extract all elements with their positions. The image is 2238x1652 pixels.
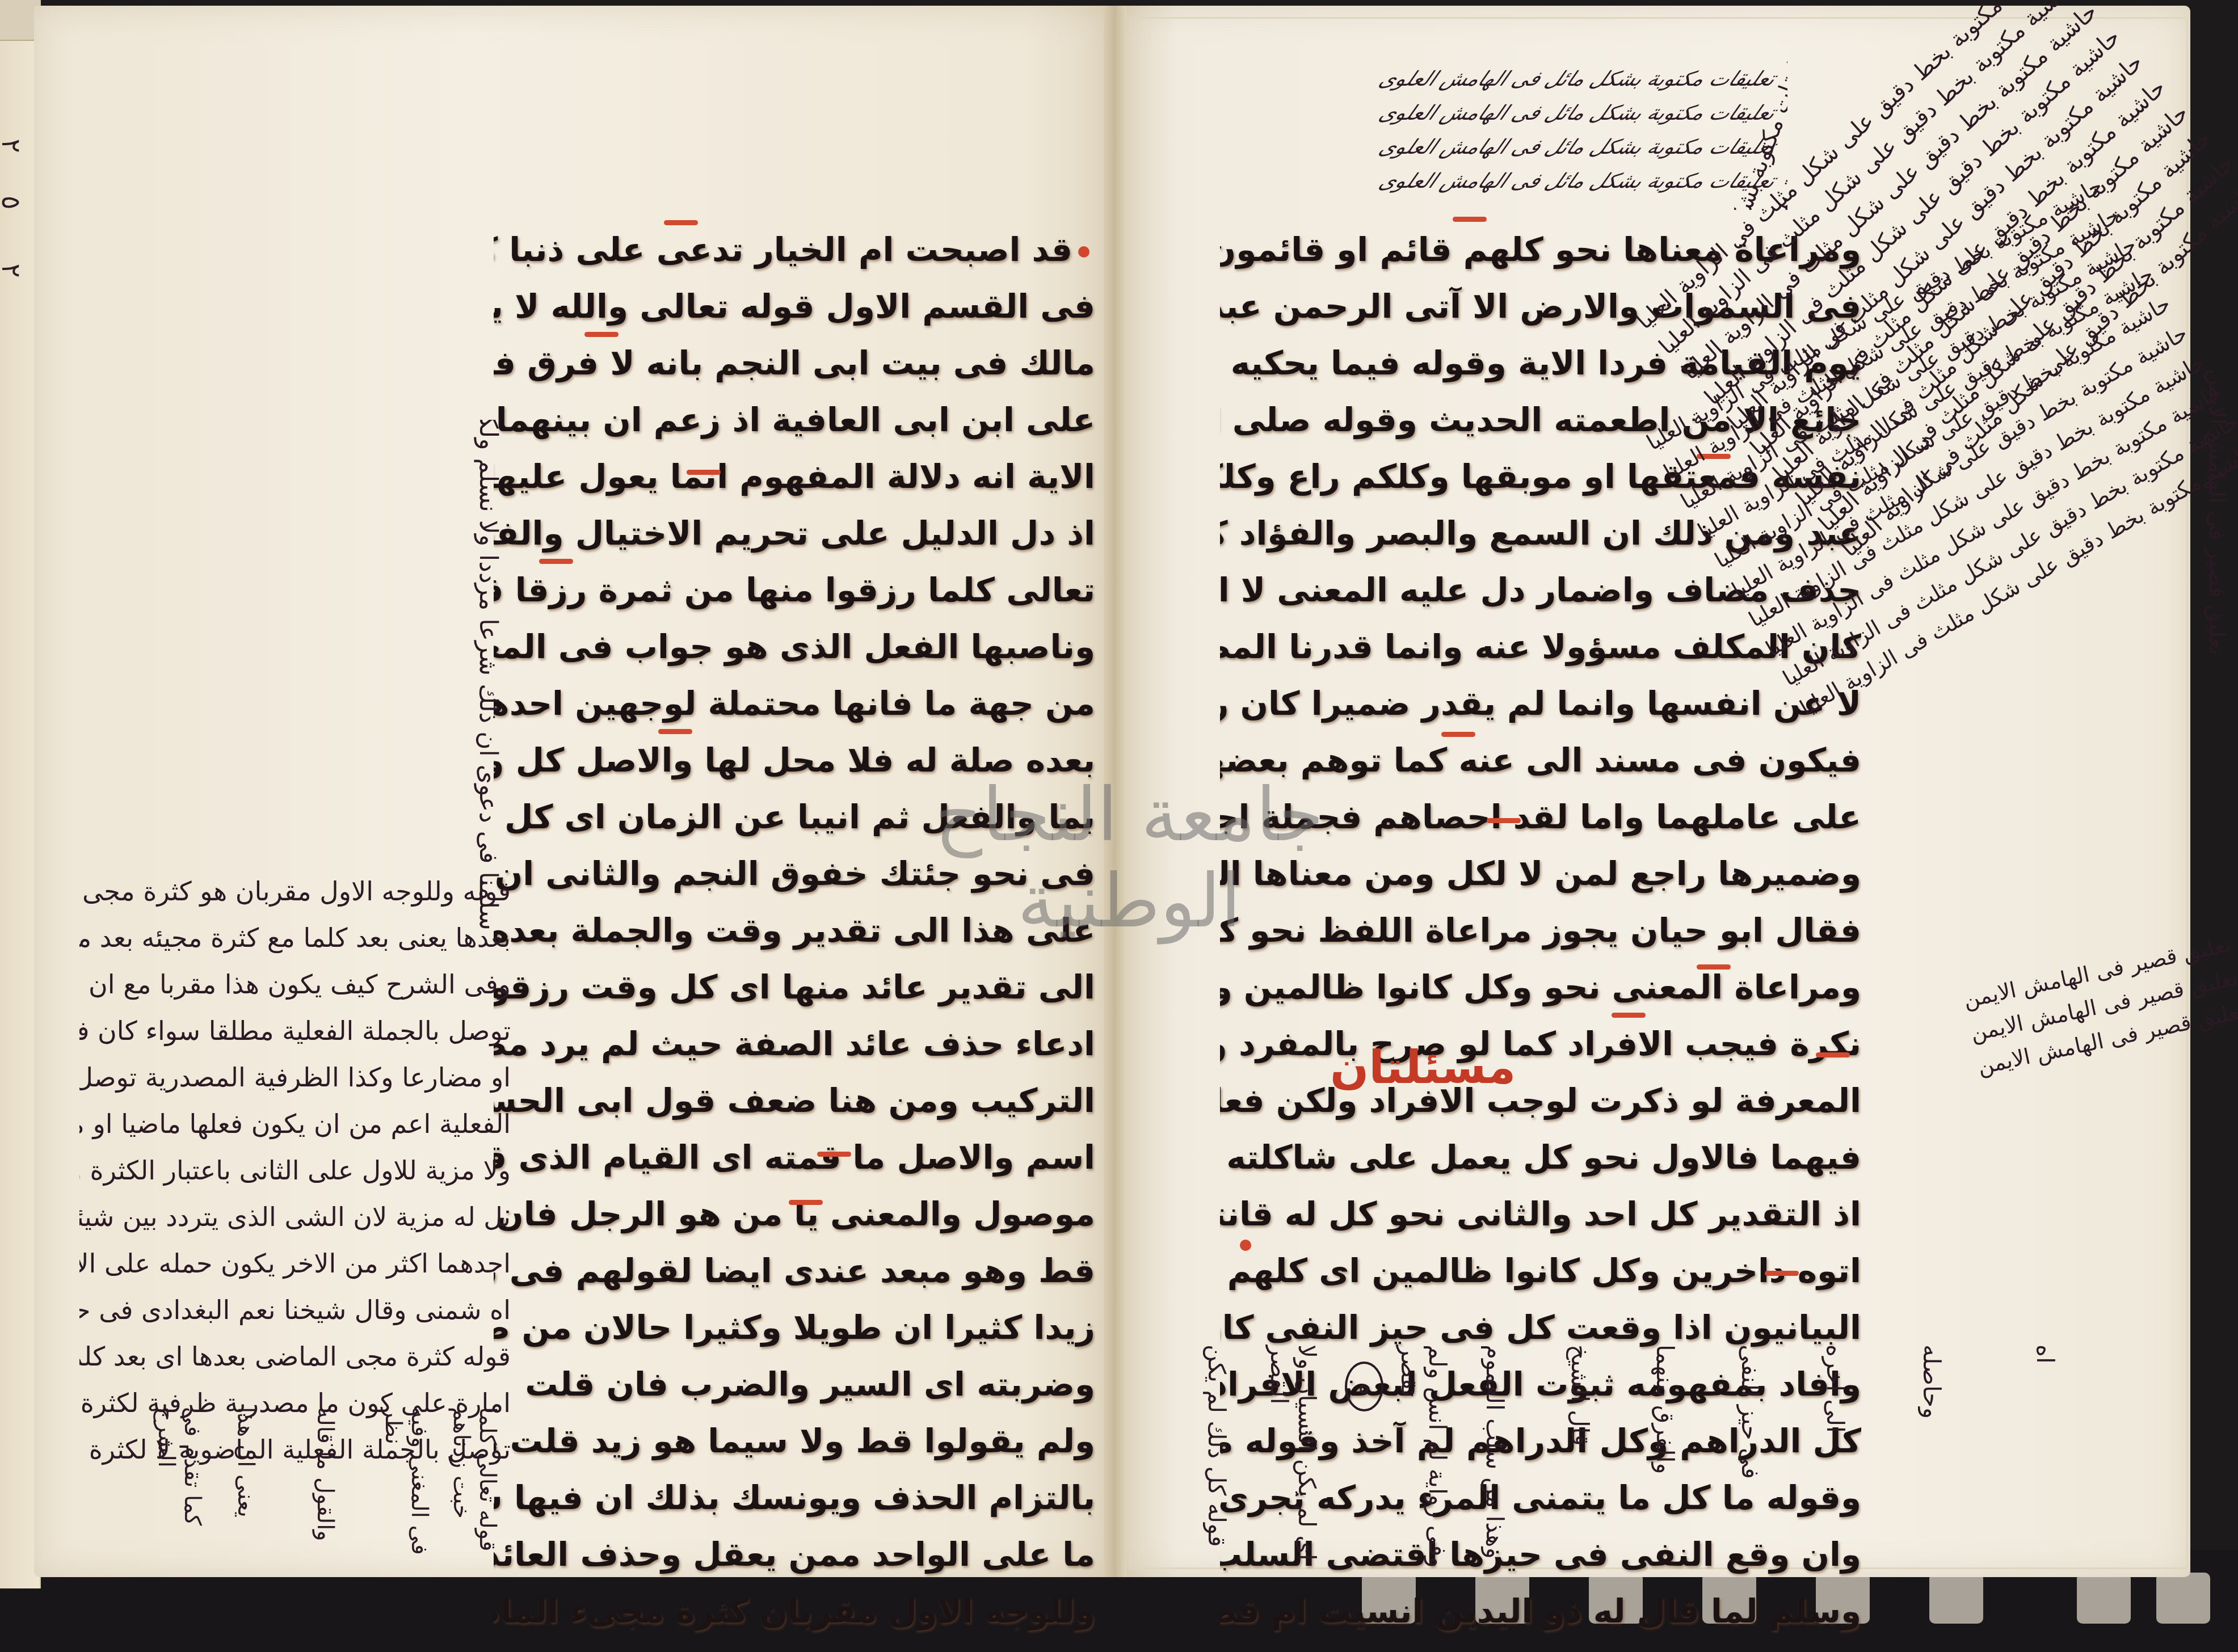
- left-vertical-note: سلمنا فى دعوى ان ذلك شرعا مرددا ولا نسلم…: [471, 420, 505, 930]
- text-line: فيهما فالاول نحو كل يعمل على شاكلته كل آ…: [1220, 1129, 1861, 1186]
- marg-column: وفى رواية لم انس ولم تقصر: [1396, 1345, 1452, 1583]
- marg-column: والفرق بينهما: [1651, 1345, 1679, 1583]
- text-line: ولم يقولوا قط ولا سيما هو زيد قلت هو كلم…: [494, 1413, 1095, 1469]
- heading-masalatan: مسئلتان: [1330, 1041, 1516, 1094]
- red-overline: [1697, 964, 1731, 970]
- marg-column: اى لم يكن النسيان ولا القصر: [1265, 1345, 1321, 1583]
- text-line: اذ التقدير كل احد والثانى نحو كل له قانت…: [1220, 1186, 1861, 1242]
- red-overline: [539, 559, 573, 564]
- circled-mark-text: ه: [1347, 1364, 1381, 1407]
- red-overline: [817, 1152, 851, 1157]
- text-line: المعرفة لو ذكرت لوجب الافراد ولكن فعل ذل…: [1220, 1072, 1861, 1129]
- note-line: وفى الشرح كيف يكون هذا مقربا مع ان ما ال…: [79, 961, 511, 1008]
- left-margin-note: قوله وللوجه الاول مقربان هو كثرة مجى الم…: [79, 868, 511, 1473]
- edge-mark: ٥: [0, 196, 27, 210]
- marg-line: تعليقات مكتوبة بشكل مائل فى الهامش العلو…: [1140, 165, 1788, 199]
- red-dot-icon: [1240, 1240, 1251, 1251]
- red-overline: [1765, 1271, 1799, 1276]
- marg-column: كما تقدم فى الشرح: [153, 1407, 205, 1577]
- text-line: ادعاء حذف عائد الصفة حيث لم يرد مصرحا به…: [494, 1015, 1095, 1072]
- text-line: ما على الواحد ممن يعقل وحذف العائد المرف…: [494, 1526, 1095, 1583]
- red-overline: [1612, 1013, 1646, 1018]
- marg-column: يعنى ان هذا: [233, 1407, 259, 1577]
- marg-column: وحاصله: [1918, 1345, 1946, 1583]
- text-line: وسلم لما قال له ذو اليدين انسيت ام قصرت …: [1220, 1583, 1861, 1640]
- red-overline: [664, 220, 698, 225]
- red-dot-icon: [1078, 246, 1089, 258]
- red-overline: [1441, 732, 1475, 737]
- red-overline: [584, 332, 619, 337]
- text-line: قط وهو مبعد عندى ايضا لقولهم فى نحو سرت …: [494, 1242, 1095, 1299]
- red-overline: [789, 1200, 823, 1205]
- marg-column: وهذا من سلب العموم: [1481, 1345, 1509, 1583]
- text-line: ومراعاة المعنى نحو وكل كانوا ظالمين والص…: [1220, 959, 1861, 1015]
- note-line: بعدها يعنى بعد كلما مع كثرة مجيئه بعد ما…: [79, 914, 511, 961]
- top-diagonal-marginalia: تعليقات مكتوبة بشكل مائل فى الهامش العلو…: [1152, 62, 1776, 199]
- text-line: تعالى كلما رزقوا منها من ثمرة رزقا قالوا…: [494, 562, 1095, 618]
- edge-mark: ٢: [0, 139, 27, 153]
- note-line: اه شمنى وقال شيخنا نعم البغدادى فى حاشيت…: [79, 1287, 511, 1333]
- text-line: نكرة فيجب الافراد كما لو صرح بالمفرد ويك…: [1220, 1015, 1861, 1072]
- marg-column: قوله تعالى كلما خبت زدناهم: [448, 1407, 500, 1577]
- circled-mark-icon: ه: [1345, 1362, 1383, 1411]
- text-line: زيدا كثيرا ان طويلا وكثيرا حالان من ضمير…: [494, 1299, 1095, 1356]
- note-line: او مضارعا وكذا الظرفية المصدرية توصل بال…: [79, 1054, 511, 1101]
- marg-line: تعليقات مكتوبة بشكل مائل فى الهامش العلو…: [1140, 130, 1788, 165]
- text-line: اذ دل الدليل على تحريم الاختيال والفخر م…: [494, 505, 1095, 562]
- note-line: الفعلية اعم من ان يكون فعلها ماضيا او مض…: [79, 1101, 511, 1147]
- text-line: التركيب ومن هنا ضعف قول ابى الحسن فى نحو…: [494, 1072, 1095, 1129]
- red-overline: [1487, 818, 1521, 823]
- text-line: الاية انه دلالة المفهوم انما يعول عليها …: [494, 448, 1095, 505]
- text-line: الى تقدير عائد منها اى كل وقت رزقوا فيه …: [494, 959, 1095, 1015]
- text-line: قد اصبحت ام الخيار تدعى على ذنبا كله لم …: [494, 221, 1095, 278]
- red-heading: مسئلتان: [1322, 1041, 1524, 1094]
- right-bottom-marginalia: قوله كل ذلك لم يكن اى لم يكن النسيان ولا…: [1180, 1345, 2190, 1583]
- note-line: قوله كثرة مجى الماضى بعدها اى بعد كلما و…: [79, 1333, 511, 1380]
- marg-column: قوله كل ذلك لم يكن: [1203, 1345, 1231, 1583]
- text-line: موصول والمعنى يا من هو الرجل فان هذين ال…: [494, 1186, 1095, 1242]
- text-line: وناصبها الفعل الذى هو جواب فى المعنى مثل…: [494, 618, 1095, 675]
- left-bottom-marginalia: قوله تعالى كلما خبت زدناهم فى المغنى وفي…: [85, 1407, 567, 1577]
- watermark: جامعة النجاح الوطنية: [874, 772, 1385, 944]
- note-line: ولا مزية للاول على الثانى باعتبار الكثرة…: [79, 1147, 511, 1194]
- marg-column: الى اخره: [1821, 1345, 1849, 1583]
- marg-column: والقول ما قاله: [312, 1407, 338, 1577]
- note-line: توصل بالجملة الفعلية مطلقا سواء كان فعله…: [79, 1008, 511, 1054]
- text-line: بالتزام الحذف ويونسك بذلك ان فيها شذوذين…: [494, 1469, 1095, 1526]
- text-line: فى القسم الاول قوله تعالى والله لا يحب ك…: [494, 278, 1095, 335]
- marg-column: فى المغنى وفيه نظر: [380, 1407, 432, 1577]
- text-line: وضربته اى السير والضرب فان قلت: [494, 1356, 1095, 1413]
- red-overline: [1453, 217, 1487, 222]
- right-edge-marks: تعليق قصير فى الهامش الايمن: [2196, 369, 2230, 655]
- text-line: اتوه داخرين وكل كانوا ظالمين اى كلهم مسئ…: [1220, 1242, 1861, 1299]
- marg-column: اه: [2031, 1345, 2059, 1583]
- marg-line: تعليقات مكتوبة بشكل مائل فى الهامش العلو…: [1140, 62, 1788, 96]
- note-line: بل له مزية لان الشى الذى يتردد بين شيئين: [79, 1194, 511, 1240]
- text-line: اسم والاصل ما قمته اى القيام الذى قمته و…: [494, 1129, 1095, 1186]
- text-line: مالك فى بيت ابى النجم بانه لا فرق فى الم…: [494, 335, 1095, 391]
- marg-column: فى حيز النفى: [1736, 1345, 1764, 1583]
- note-line: قوله وللوجه الاول مقربان هو كثرة مجى الم…: [79, 868, 511, 914]
- marg-column: قال الشيخ: [1566, 1345, 1594, 1583]
- text-line: على ابن ابى العافية اذ زعم ان بينهما فرق…: [494, 391, 1095, 448]
- marg-line: تعليقات مكتوبة بشكل مائل فى الهامش العلو…: [1140, 96, 1788, 130]
- red-overline: [687, 470, 721, 475]
- note-line: احدهما اكثر من الاخر يكون حمله على الاكث…: [79, 1240, 511, 1287]
- red-overline: [1816, 1052, 1850, 1057]
- edge-mark: ٢: [0, 264, 27, 278]
- text-line: لا عن انفسها وانما لم يقدر ضميرا كان راج…: [1220, 675, 1861, 732]
- text-line: وللوجه الاول مقربان كثرة مجىء الماضى بعد…: [494, 1583, 1095, 1640]
- red-overline: [658, 729, 692, 734]
- text-line: من جهة ما فانها محتملة لوجهين احدهما ان …: [494, 675, 1095, 732]
